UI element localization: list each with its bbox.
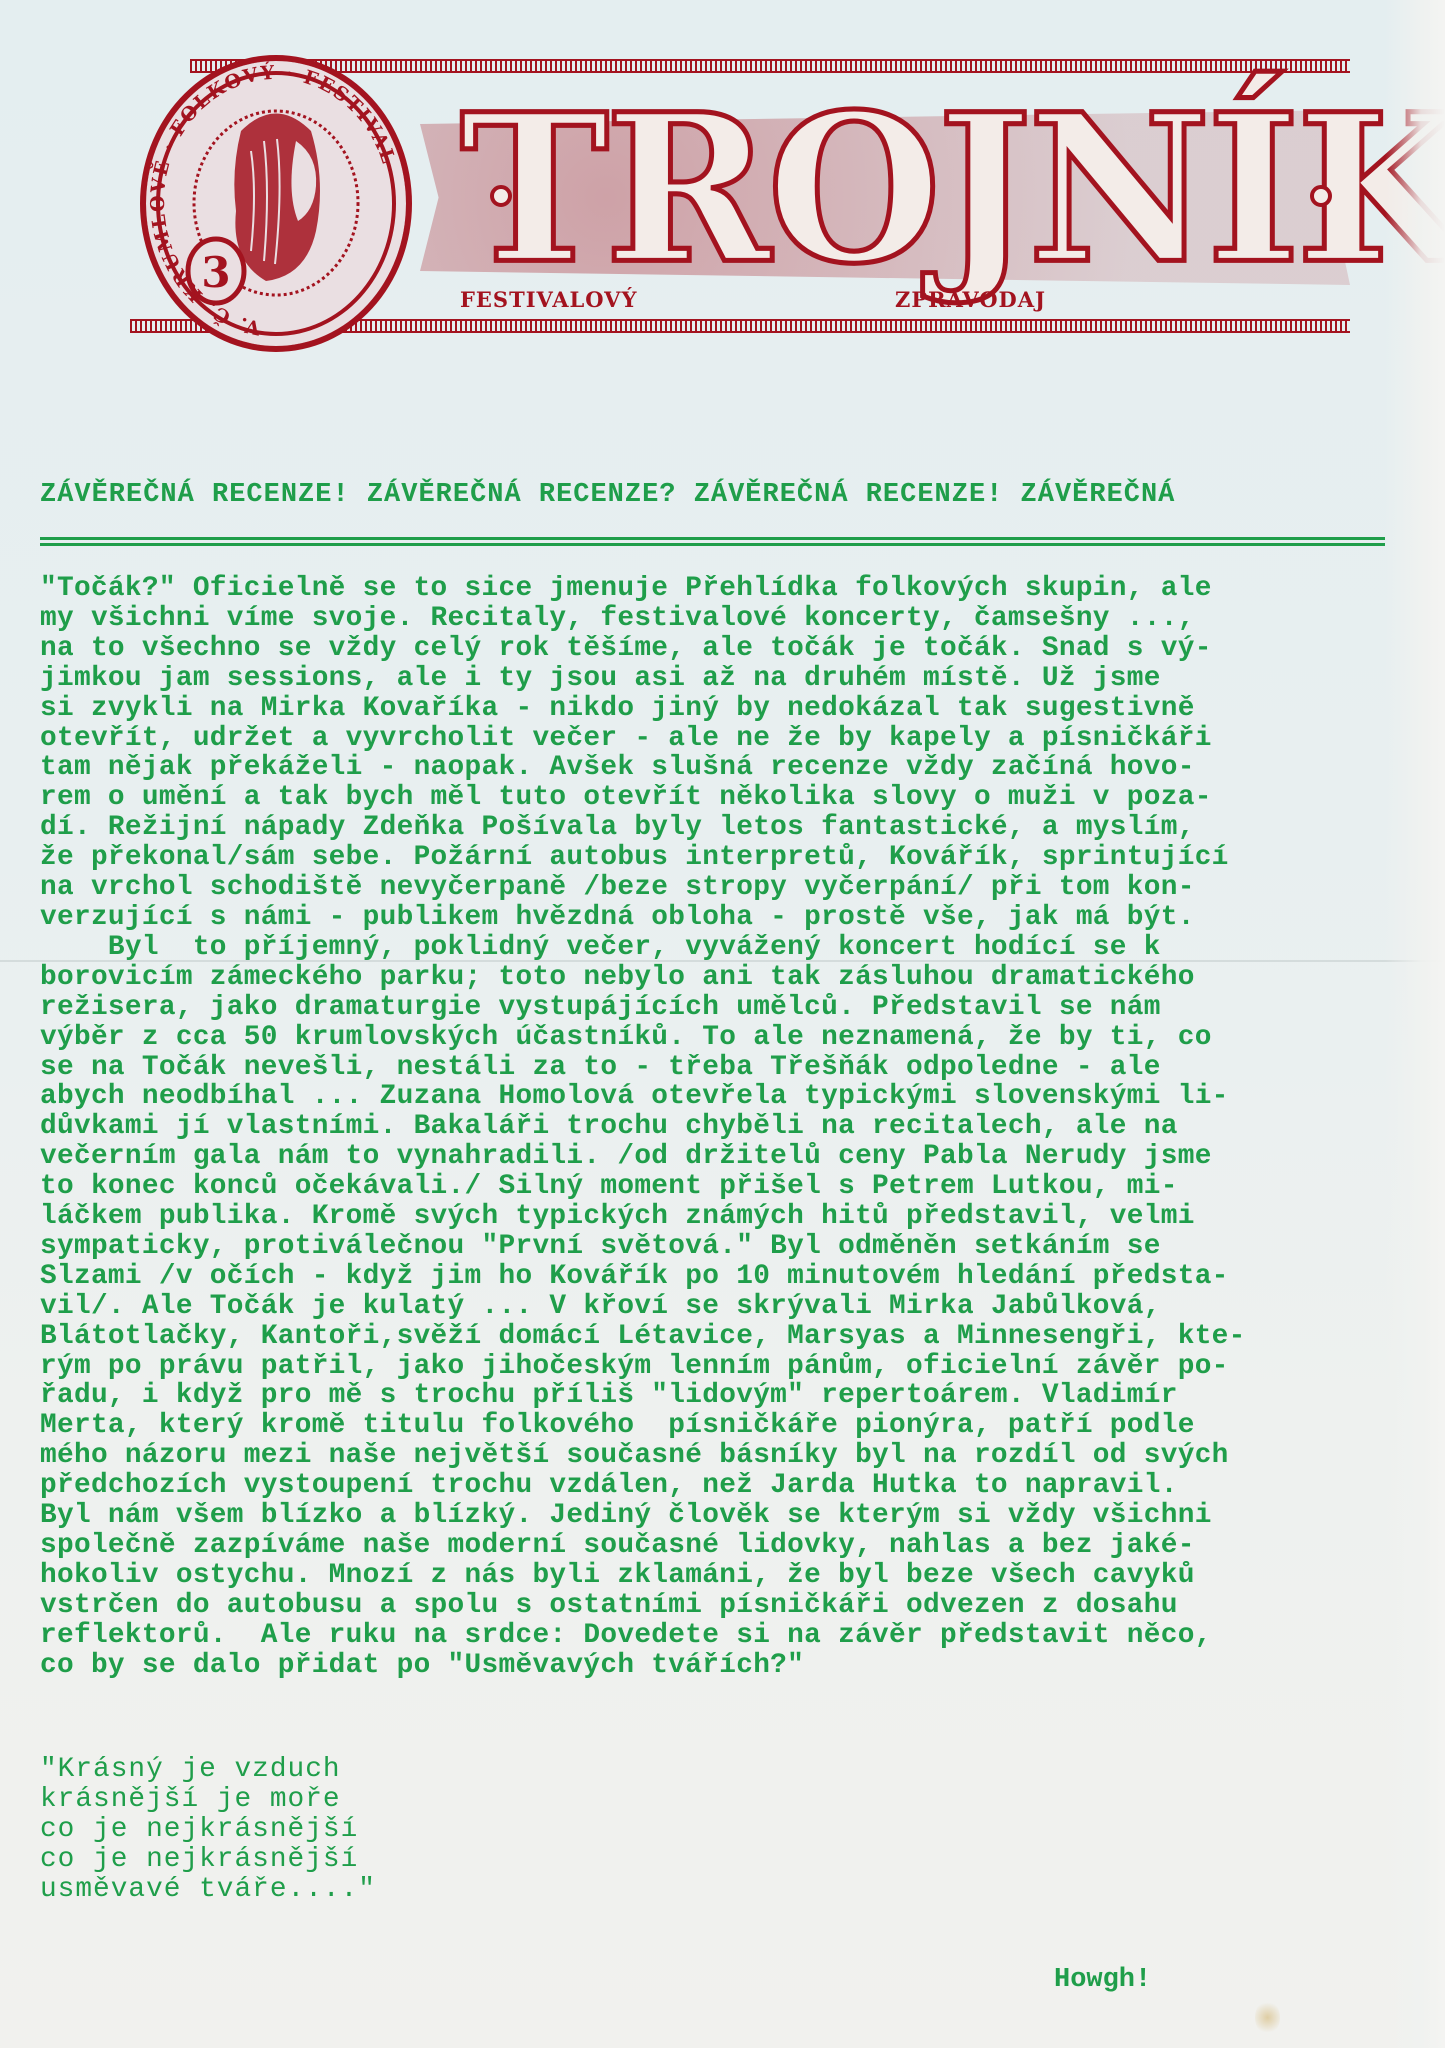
article-line: rým po právu patřil, jako jihočeským len… (40, 1352, 1420, 1382)
article-line: hokoliv ostychu. Mnozí z nás byli zklamá… (40, 1561, 1420, 1591)
article-line: Merta, který kromě titulu folkového písn… (40, 1411, 1420, 1441)
paper-stain (1255, 2000, 1280, 2035)
article-line: důvkami jí vlastními. Bakaláři trochu ch… (40, 1112, 1420, 1142)
article-line: výběr z cca 50 krumlovských účastníků. T… (40, 1023, 1420, 1053)
article-line: Blátotlačky, Kantoři,svěží domácí Létavi… (40, 1322, 1420, 1352)
ornament-dot-right (1310, 185, 1332, 207)
article-line: vstrčen do autobusu a spolu s ostatními … (40, 1591, 1420, 1621)
poem-line: usměvavé tváře...." (40, 1875, 376, 1905)
article-line: to konec konců očekávali./ Silný moment … (40, 1172, 1420, 1202)
double-rule-divider (40, 537, 1385, 546)
article-line: jimkou jam sessions, ale i ty jsou asi a… (40, 664, 1420, 694)
article-line: se na Točák nevešli, nestáli za to - tře… (40, 1053, 1420, 1083)
article-line: Slzami /v očích - když jim ho Kovářík po… (40, 1262, 1420, 1292)
poem-line: co je nejkrásnější (40, 1815, 376, 1845)
newsletter-title: TROJNÍK (460, 93, 1290, 287)
article-body: "Točák?" Oficielně se to sice jmenuje Př… (40, 574, 1420, 1681)
article-line: sympaticky, protiválečnou "První světová… (40, 1232, 1420, 1262)
article-line: otevřít, udržet a vyvrcholit večer - ale… (40, 724, 1420, 754)
signoff: Howgh! (1054, 1965, 1151, 1995)
closing-poem: "Krásný je vzduchkrásnější je mořeco je … (40, 1755, 376, 1905)
article-line: reflektorů. Ale ruku na srdce: Dovedete … (40, 1621, 1420, 1651)
article-line: láčkem publika. Kromě svých typických zn… (40, 1202, 1420, 1232)
festival-medallion-logo: 3 V. Č. KRUMLOVĚ · FOLKOVÝ · FESTIVAL (140, 55, 412, 352)
article-line: "Točák?" Oficielně se to sice jmenuje Př… (40, 574, 1420, 604)
article-line: verzující s námi - publikem hvězdná oblo… (40, 903, 1420, 933)
article-line: abych neodbíhal ... Zuzana Homolová otev… (40, 1082, 1420, 1112)
article-line: co by se dalo přidat po "Usměvavých tvář… (40, 1651, 1420, 1681)
poem-line: "Krásný je vzduch (40, 1755, 376, 1785)
article-line: Byl to příjemný, poklidný večer, vyvážen… (40, 933, 1420, 963)
headline-zaverecna-recenze: ZÁVĚREČNÁ RECENZE! ZÁVĚREČNÁ RECENZE? ZÁ… (40, 480, 1175, 510)
article-line: na vrchol schodiště nevyčerpaně /beze st… (40, 873, 1420, 903)
article-line: že překonal/sám sebe. Požární autobus in… (40, 843, 1420, 873)
poem-line: krásnější je moře (40, 1785, 376, 1815)
poem-line: co je nejkrásnější (40, 1845, 376, 1875)
article-line: na to všechno se vždy celý rok těšíme, a… (40, 634, 1420, 664)
article-line: režisera, jako dramaturgie vystupájících… (40, 993, 1420, 1023)
article-line: řadu, i když pro mě s trochu příliš "lid… (40, 1381, 1420, 1411)
article-line: borovicím zámeckého parku; toto nebylo a… (40, 963, 1420, 993)
article-line: vil/. Ale Točák je kulatý ... V křoví se… (40, 1292, 1420, 1322)
portrait-coin-icon: 3 V. Č. KRUMLOVĚ · FOLKOVÝ · FESTIVAL (146, 61, 406, 346)
article-line: dí. Režijní nápady Zdeňka Pošívala byly … (40, 813, 1420, 843)
article-line: společně zazpíváme naše moderní současné… (40, 1531, 1420, 1561)
article-line: rem o umění a tak bych měl tuto otevřít … (40, 783, 1420, 813)
article-line: večerním gala nám to vynahradili. /od dr… (40, 1142, 1420, 1172)
masthead: TROJNÍK FESTIVALOVÝ ZPRAVODAJ 3 V. Č. KR… (130, 55, 1350, 340)
article-line: předchozích vystoupení trochu vzdálen, n… (40, 1471, 1420, 1501)
paper-edge-shading (1385, 0, 1445, 2048)
subtitle-zpravodaj: ZPRAVODAJ (895, 287, 1046, 312)
article-line: Byl nám všem blízko a blízký. Jediný člo… (40, 1501, 1420, 1531)
article-line: my všichni víme svoje. Recitaly, festiva… (40, 604, 1420, 634)
subtitle-festivalovy: FESTIVALOVÝ (460, 287, 637, 312)
article-line: tam nějak překáželi - naopak. Avšek sluš… (40, 753, 1420, 783)
article-line: mého názoru mezi naše největší současné … (40, 1441, 1420, 1471)
article-line: si zvykli na Mirka Kovaříka - nikdo jiný… (40, 694, 1420, 724)
